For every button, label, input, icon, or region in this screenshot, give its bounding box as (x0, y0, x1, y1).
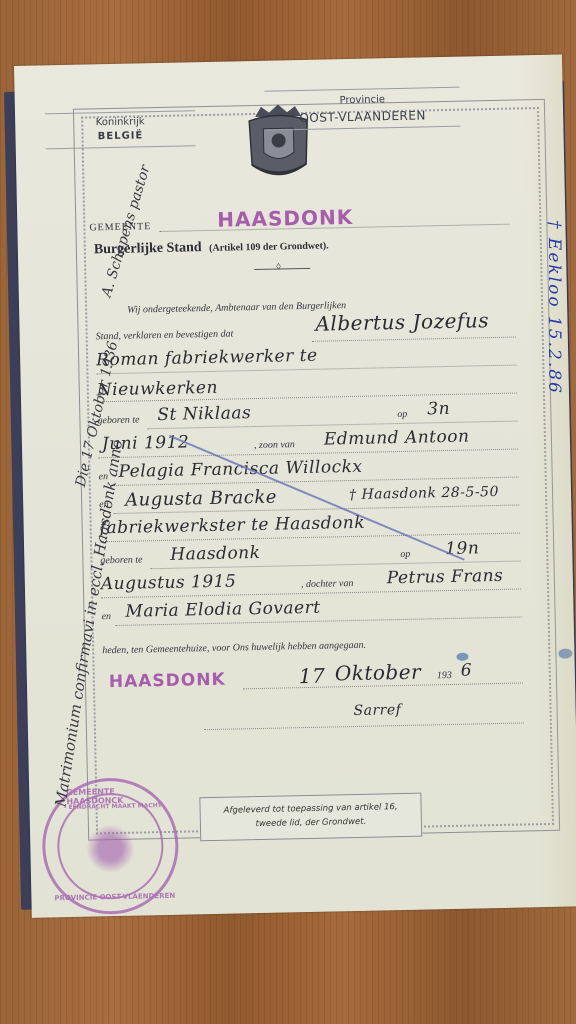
province-name: OOST-VLAANDEREN (265, 107, 460, 127)
seal-text-bottom: PROVINCIE OOST-VLAENDEREN (54, 892, 175, 903)
groom-mother: Pelagia Francisca Willockx (118, 457, 362, 482)
en-label: en (101, 611, 111, 622)
date-year-prefix: 193 (437, 670, 452, 681)
op-label: op (397, 409, 407, 420)
bride-birth-day: 19n (445, 538, 480, 559)
intro-text-2: Stand, verklaren en bevestigen dat (96, 328, 234, 342)
intro-text-1: Wij ondergeteekende, Ambtenaar van den B… (127, 300, 346, 316)
document-page: Koninkrijk BELGIË Provincie OOST-VLAANDE… (14, 55, 576, 918)
groom-surname-occupation: Roman fabriekwerker te (96, 346, 318, 371)
bride-occupation: fabriekwerkster te Haasdonk (99, 513, 365, 539)
gemeente-stamp: HAASDONK (217, 205, 353, 232)
seal-motto: EENDRACHT MAAKT MACHT (68, 802, 161, 811)
bride-mother: Maria Elodia Govaert (125, 598, 321, 622)
groom-birth-day: 3n (427, 399, 450, 419)
date-day: 17 (299, 664, 326, 689)
bride-name: Augusta Bracke (125, 487, 277, 511)
groom-birthplace: St Niklaas (157, 403, 251, 425)
groom-first-names: Albertus Jozefus (315, 308, 489, 336)
groom-residence: Nieuwkerken (97, 378, 219, 401)
groom-father: Edmund Antoon (324, 427, 470, 450)
closing-text: heden, ten Gemeentehuize, voor Ons huwel… (102, 640, 366, 657)
afgeleverd-notice-box: Afgeleverd tot toepassing van artikel 16… (199, 793, 422, 842)
bride-birth-month-year: Augustus 1915 (101, 571, 237, 594)
ink-blot (558, 648, 572, 658)
header-province: Provincie OOST-VLAANDEREN (265, 87, 461, 131)
bride-death-note: † Haasdonk 28-5-50 (349, 484, 499, 503)
country-label: BELGIË (45, 128, 195, 145)
margin-note-right-blue: † Eekloo 15.2.86 (544, 220, 564, 395)
artikel-reference: (Artikel 109 der Grondwet). (209, 240, 329, 254)
place-stamp: HAASDONK (109, 670, 226, 692)
dochter-van-label: , dochter van (301, 578, 354, 590)
header-kingdom: Koninkrijk BELGIË (45, 110, 196, 149)
bride-father: Petrus Frans (387, 566, 504, 588)
date-year-suffix: 6 (461, 661, 473, 681)
date-month: Oktober (335, 660, 422, 686)
zoon-van-label: , zoon van (254, 439, 295, 451)
op-label: op (400, 549, 410, 560)
official-signature: Sarref (353, 702, 401, 719)
bride-birthplace: Haasdonk (170, 543, 261, 565)
